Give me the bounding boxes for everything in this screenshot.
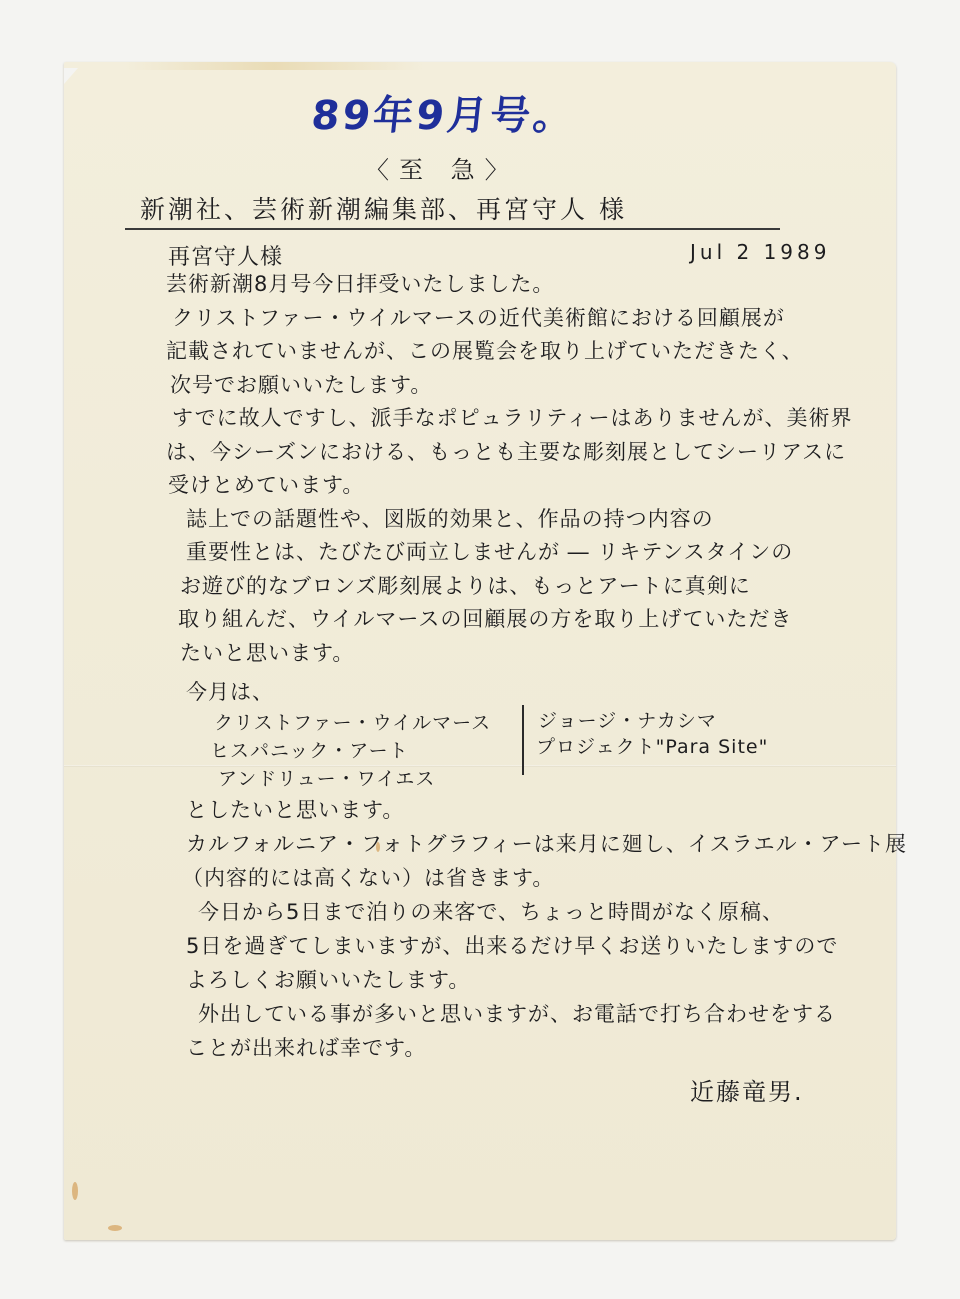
closing-line: 外出している事が多いと思いますが、お電話で打ち合わせをする: [198, 998, 836, 1028]
paper-stain: [108, 1225, 122, 1231]
list-item: クリストファー・ウイルマース: [214, 708, 491, 735]
closing-line: よろしくお願いいたします。: [186, 964, 470, 994]
list-item: プロジェクト"Para Site": [536, 732, 768, 759]
list-item: ジョージ・ナカシマ: [538, 706, 717, 733]
letter-date: Jul 2 1989: [690, 240, 830, 264]
closing-line: ことが出来れば幸です。: [186, 1032, 426, 1062]
signature: 近藤竜男.: [690, 1072, 804, 1107]
paper-fold-line: [64, 765, 896, 767]
body-line: 受けとめています。: [168, 469, 364, 499]
addressee-line: 新潮社、芸術新潮編集部、再宮守人 様: [140, 190, 627, 226]
closing-line: 今日から5日まで泊りの来客で、ちょっと時間がなく原稿、: [198, 896, 784, 926]
list-item: ヒスパニック・アート: [210, 736, 409, 763]
closing-line: （内容的には高くない）は省きます。: [182, 862, 554, 892]
issue-note: 89年9月号。: [309, 84, 579, 141]
body-line: 芸術新潮8月号今日拝受いたしました。: [166, 268, 554, 298]
paper-stain: [124, 62, 424, 70]
body-line: 次号でお願いいたします。: [170, 369, 432, 399]
body-line: すでに故人ですし、派手なポピュラリティーはありませんが、美術界: [172, 402, 853, 432]
list-item: アンドリュー・ワイエス: [218, 764, 435, 791]
body-line: 重要性とは、たびたび両立しませんが ― リキテンスタインの: [186, 536, 793, 566]
body-line: クリストファー・ウイルマースの近代美術館における回顧展が: [172, 302, 785, 332]
body-line: は、今シーズンにおける、もっとも主要な彫刻展としてシーリアスに: [166, 436, 846, 466]
paper-stain: [72, 1182, 78, 1200]
body-line: お遊び的なブロンズ彫刻展よりは、もっとアートに真剣に: [180, 570, 751, 600]
closing-line: カルフォルニア・フォトグラフィーは来月に廻し、イスラエル・アート展: [186, 828, 907, 858]
body-line: 取り組んだ、ウイルマースの回顧展の方を取り上げていただき: [178, 603, 792, 633]
body-line: 記載されていませんが、この展覧会を取り上げていただきたく、: [166, 335, 804, 365]
paper-corner-fold: [64, 68, 78, 84]
body-line: 誌上での話題性や、図版的効果と、作品の持つ内容の: [186, 503, 714, 533]
list-divider: [522, 705, 524, 775]
closing-line: としたいと思います。: [186, 794, 404, 824]
body-line: たいと思います。: [180, 637, 354, 667]
header-underline: [125, 228, 780, 230]
closing-line: 5日を過ぎてしまいますが、出来るだけ早くお送りいたしますので: [186, 930, 838, 960]
this-month-label: 今月は、: [186, 676, 274, 706]
salutation: 再宮守人様: [168, 240, 283, 271]
urgent-label: 〈至 急〉: [365, 150, 519, 185]
